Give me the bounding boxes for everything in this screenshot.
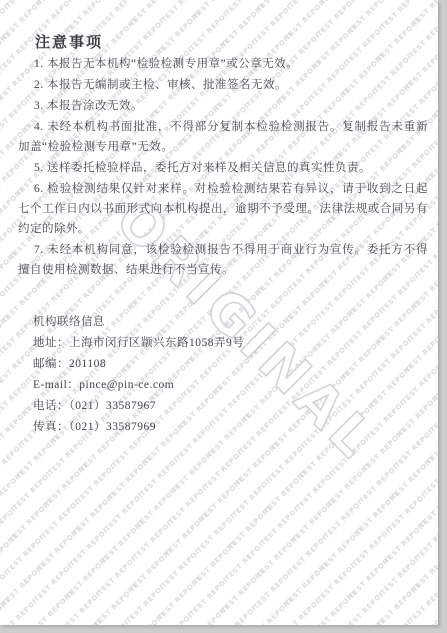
contact-section: 机构联络信息 地址：上海市闵行区颛兴东路1058弄9号 邮编：201108 E-…: [0, 312, 438, 438]
note-item-5: 5. 送样委托检验样品，委托方对来样及相关信息的真实性负责。: [18, 158, 428, 178]
page-title: 注意事项: [35, 35, 438, 51]
note-item-3: 3. 本报告涂改无效。: [18, 96, 428, 116]
note-item-6: 6. 检验检测结果仅针对来样。对检验检测结果若有异议，请于收到之日起七个工作日内…: [18, 179, 428, 239]
note-item-4: 4. 未经本机构书面批准，不得部分复制本检验检测报告。复制报告未重新加盖“检验检…: [18, 117, 428, 157]
note-item-1: 1. 本报告无本机构“检验检测专用章”或公章无效。: [18, 54, 428, 74]
note-item-2: 2. 本报告无编制或主检、审核、批准签名无效。: [18, 75, 428, 95]
contact-line-fax: 传真：（021）33587969: [33, 417, 438, 438]
contact-heading: 机构联络信息: [33, 312, 438, 333]
document-page: TEST REPORT TEST REPORT TEST REPORT ORIG…: [0, 0, 438, 625]
contact-line-postcode: 邮编：201108: [33, 354, 438, 375]
contact-line-phone: 电话：（021）33587967: [33, 396, 438, 417]
contact-line-email: E-mail：pince@pin-ce.com: [33, 375, 438, 396]
note-item-7: 7. 未经本机构同意，该检验检测报告不得用于商业行为宣传。委托方不得擅自使用检测…: [18, 240, 428, 280]
page-content: 注意事项 1. 本报告无本机构“检验检测专用章”或公章无效。 2. 本报告无编制…: [0, 0, 438, 625]
contact-line-address: 地址：上海市闵行区颛兴东路1058弄9号: [33, 333, 438, 354]
